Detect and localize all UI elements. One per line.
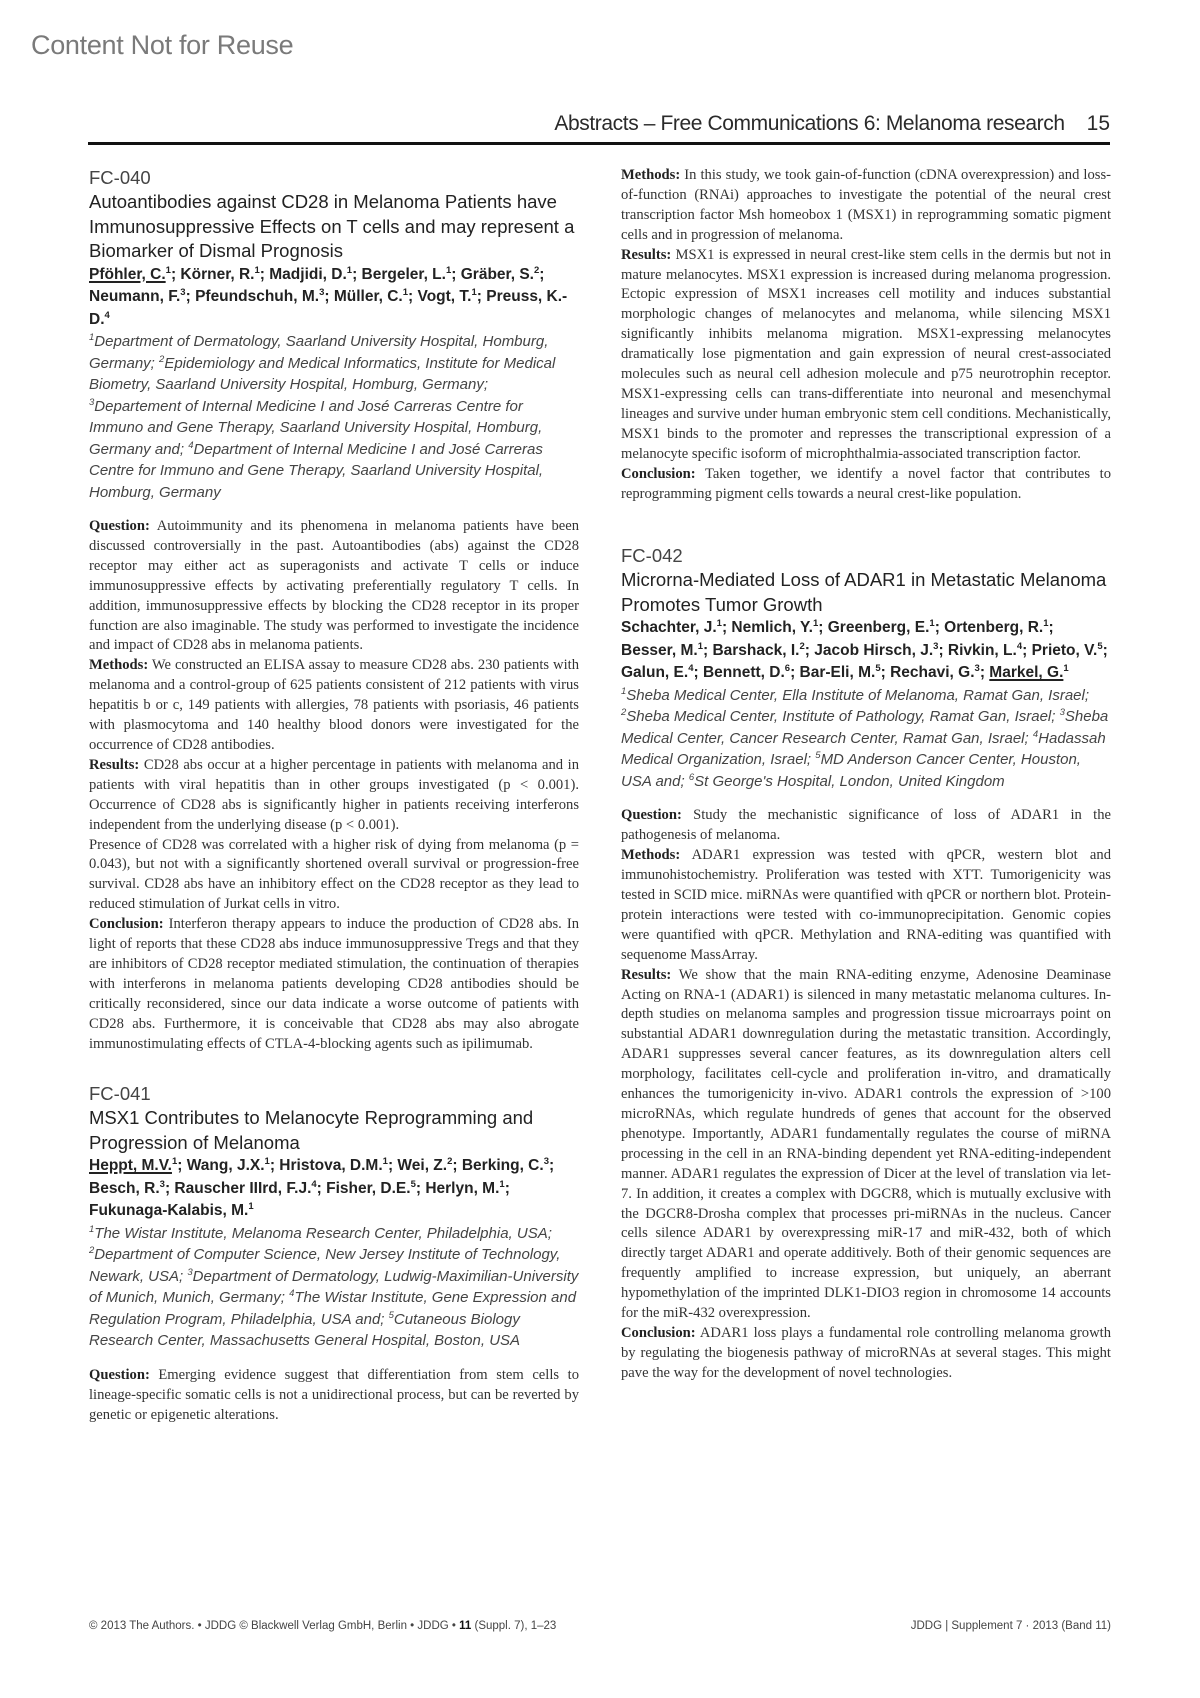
abstract-fc-041-continued: Methods: In this study, we took gain-of-…: [621, 166, 1111, 504]
abstract-fc-041: FC-041 MSX1 Contributes to Melanocyte Re…: [89, 1082, 579, 1425]
abstract-title: Autoantibodies against CD28 in Melanoma …: [89, 190, 579, 264]
abstract-body: Question: Emerging evidence suggest that…: [89, 1366, 579, 1426]
affiliations: 1Sheba Medical Center, Ella Institute of…: [621, 685, 1111, 793]
conclusion-section: Conclusion: Taken together, we identify …: [621, 465, 1111, 505]
conclusion-section: Conclusion: Interferon therapy appears t…: [89, 915, 579, 1054]
question-section: Question: Autoimmunity and its phenomena…: [89, 517, 579, 656]
abstract-id: FC-042: [621, 544, 1111, 568]
abstract-body: Question: Study the mechanistic signific…: [621, 806, 1111, 1383]
methods-section: Methods: ADAR1 expression was tested wit…: [621, 846, 1111, 965]
author-list: Pföhler, C.1; Körner, R.1; Madjidi, D.1;…: [89, 264, 579, 332]
presenting-author: Markel, G.: [989, 664, 1063, 681]
footer-journal-info: JDDG | Supplement 7 · 2013 (Band 11): [911, 1620, 1111, 1632]
abstract-fc-040: FC-040 Autoantibodies against CD28 in Me…: [89, 166, 579, 1054]
page-number: 15: [1087, 112, 1110, 135]
presenting-author: Heppt, M.V.: [89, 1157, 172, 1174]
abstract-id: FC-041: [89, 1082, 579, 1106]
question-section: Question: Emerging evidence suggest that…: [89, 1366, 579, 1426]
footer-copyright: © 2013 The Authors. • JDDG © Blackwell V…: [89, 1620, 556, 1632]
results-section: Results: We show that the main RNA-editi…: [621, 966, 1111, 1324]
author-list: Heppt, M.V.1; Wang, J.X.1; Hristova, D.M…: [89, 1155, 579, 1223]
watermark: Content Not for Reuse: [31, 30, 293, 61]
abstract-body: Question: Autoimmunity and its phenomena…: [89, 517, 579, 1054]
abstract-title: Microrna-Mediated Loss of ADAR1 in Metas…: [621, 568, 1111, 617]
author-list: Schachter, J.1; Nemlich, Y.1; Greenberg,…: [621, 617, 1111, 685]
affiliations: 1The Wistar Institute, Melanoma Research…: [89, 1223, 579, 1352]
results-continued: Presence of CD28 was correlated with a h…: [89, 836, 579, 916]
results-section: Results: CD28 abs occur at a higher perc…: [89, 756, 579, 836]
methods-section: Methods: In this study, we took gain-of-…: [621, 166, 1111, 246]
conclusion-section: Conclusion: ADAR1 loss plays a fundament…: [621, 1324, 1111, 1384]
section-title: Abstracts – Free Communications 6: Melan…: [554, 112, 1064, 135]
question-section: Question: Study the mechanistic signific…: [621, 806, 1111, 846]
results-section: Results: MSX1 is expressed in neural cre…: [621, 246, 1111, 465]
affiliations: 1Department of Dermatology, Saarland Uni…: [89, 331, 579, 503]
right-column: Methods: In this study, we took gain-of-…: [621, 166, 1111, 1384]
running-header: Abstracts – Free Communications 6: Melan…: [88, 112, 1110, 145]
methods-section: Methods: We constructed an ELISA assay t…: [89, 656, 579, 756]
abstract-fc-042: FC-042 Microrna-Mediated Loss of ADAR1 i…: [621, 544, 1111, 1383]
abstract-id: FC-040: [89, 166, 579, 190]
presenting-author: Pföhler, C.: [89, 266, 166, 283]
abstract-title: MSX1 Contributes to Melanocyte Reprogram…: [89, 1106, 579, 1155]
left-column: FC-040 Autoantibodies against CD28 in Me…: [89, 166, 579, 1426]
